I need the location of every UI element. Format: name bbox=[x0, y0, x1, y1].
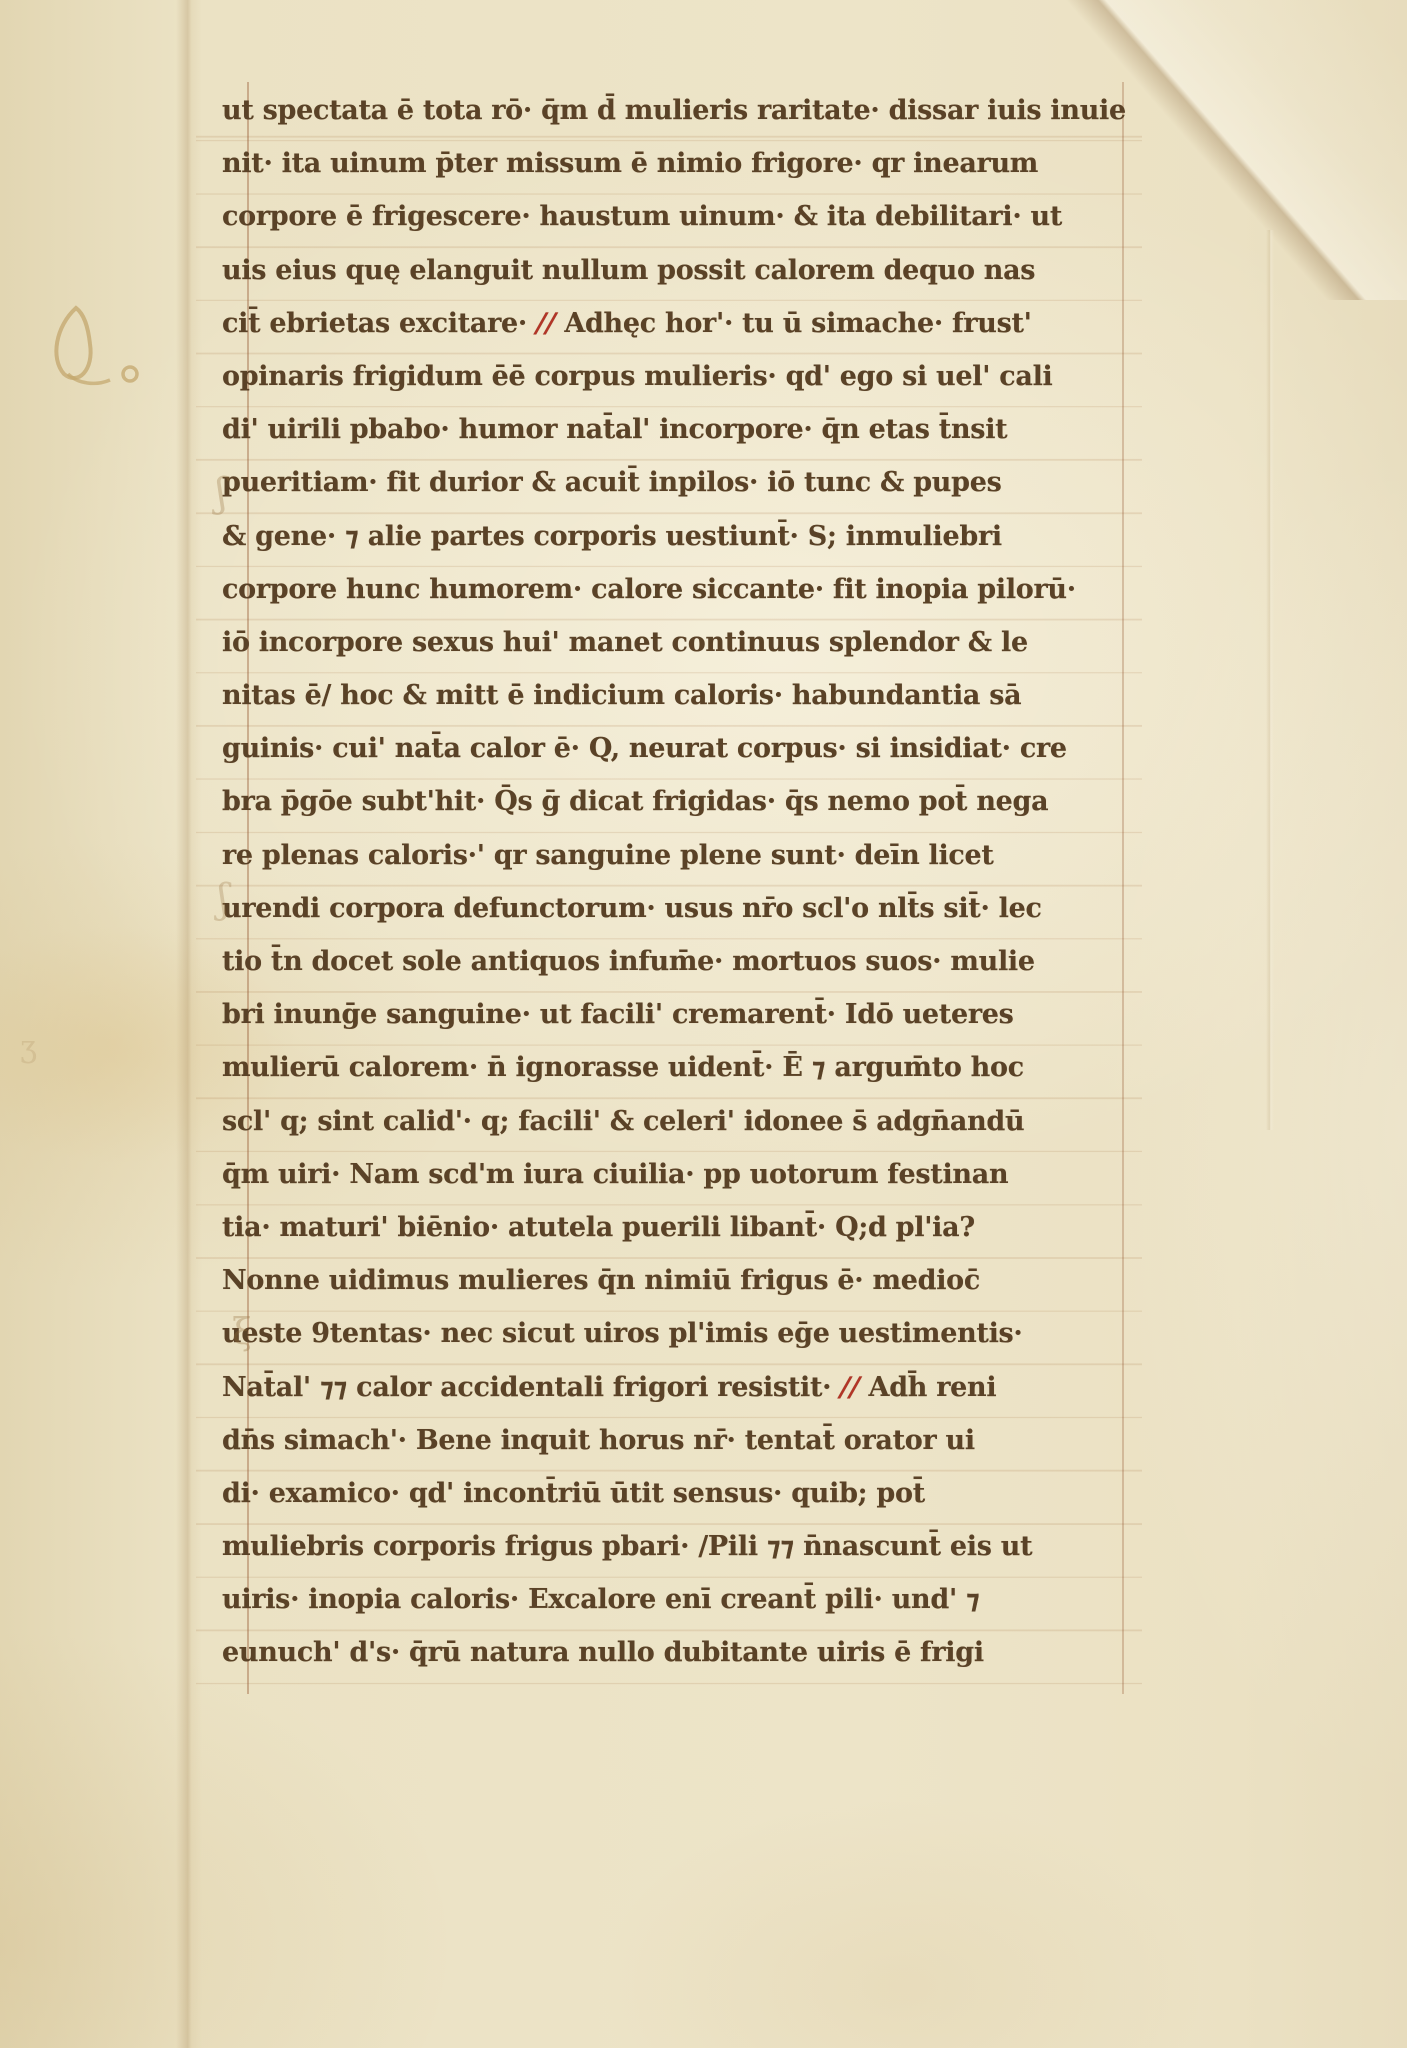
text-line: nitas ē/ hoc & mitt ē indicium caloris· … bbox=[222, 669, 1062, 722]
text-line: uiris· inopia caloris· Excalore enī crea… bbox=[222, 1573, 1062, 1626]
text-line: ueste 9tentas· nec sicut uiros pl'imis e… bbox=[222, 1307, 1062, 1360]
text-line: guinis· cui' nat̄a calor ē· Q, neurat co… bbox=[222, 722, 1062, 775]
text-segment: urendi corpora defunctorum· usus nr̄o sc… bbox=[222, 893, 1042, 924]
text-segment: nitas ē/ hoc & mitt ē indicium caloris· … bbox=[222, 680, 1021, 711]
margin-nota-leaf-mark bbox=[38, 296, 148, 406]
text-line: opinaris frigidum ēē corpus mulieris· qd… bbox=[222, 350, 1062, 403]
text-line: uis eius quę elanguit nullum possit calo… bbox=[222, 244, 1062, 297]
text-segment: ut spectata ē tota rō· q̄m d̄ mulieris r… bbox=[222, 95, 1126, 126]
text-segment: Adh̄ reni bbox=[859, 1372, 996, 1403]
margin-rule-right bbox=[1122, 82, 1124, 1694]
text-segment: uis eius quę elanguit nullum possit calo… bbox=[222, 255, 1035, 286]
text-line: q̄m uiri· Nam scd'm iura ciuilia· pp uot… bbox=[222, 1148, 1062, 1201]
text-line: re plenas caloris·' qr sanguine plene su… bbox=[222, 829, 1062, 882]
text-line: corpore hunc humorem· calore siccante· f… bbox=[222, 563, 1062, 616]
text-segment: tio t̄n docet sole antiquos infum̄e· mor… bbox=[222, 946, 1035, 977]
text-segment: Nat̄al' ⁊⁊ calor accidentali frigori res… bbox=[222, 1372, 840, 1403]
text-line: tia· maturi' biēnio· atutela puerili lib… bbox=[222, 1201, 1062, 1254]
text-line: corpore ē frigescere· haustum uinum· & i… bbox=[222, 190, 1062, 243]
text-segment: di· examico· qd' incont̄riū ūtit sensus·… bbox=[222, 1478, 925, 1509]
text-line: Nonne uidimus mulieres q̄n nimiū frigus … bbox=[222, 1254, 1062, 1307]
margin-faint-mark: ʒ bbox=[20, 1030, 37, 1065]
text-segment: ueste 9tentas· nec sicut uiros pl'imis e… bbox=[222, 1318, 1023, 1349]
text-line: tio t̄n docet sole antiquos infum̄e· mor… bbox=[222, 935, 1062, 988]
text-segment: q̄m uiri· Nam scd'm iura ciuilia· pp uot… bbox=[222, 1159, 1008, 1190]
text-line: mulierū calorem· n̄ ignorasse uident̄· Ē… bbox=[222, 1041, 1062, 1094]
text-segment: di' uirili pbabo· humor nat̄al' incorpor… bbox=[222, 414, 1007, 445]
text-segment: iō incorpore sexus hui' manet continuus … bbox=[222, 627, 1028, 658]
text-segment: tia· maturi' biēnio· atutela puerili lib… bbox=[222, 1212, 975, 1243]
text-segment: guinis· cui' nat̄a calor ē· Q, neurat co… bbox=[222, 733, 1067, 764]
text-line: pueritiam· fit durior & acuit̄ inpilos· … bbox=[222, 456, 1062, 509]
text-segment: Nonne uidimus mulieres q̄n nimiū frigus … bbox=[222, 1265, 980, 1296]
text-line: urendi corpora defunctorum· usus nr̄o sc… bbox=[222, 882, 1062, 935]
text-line: eunuch' d's· q̄rū natura nullo dubitante… bbox=[222, 1626, 1062, 1679]
text-line: di' uirili pbabo· humor nat̄al' incorpor… bbox=[222, 403, 1062, 456]
text-line: ut spectata ē tota rō· q̄m d̄ mulieris r… bbox=[222, 84, 1062, 137]
text-line: & gene· ⁊ alie partes corporis uestiunt̄… bbox=[222, 510, 1062, 563]
text-segment: bra p̄gōe subt'hit· Q̄s ḡ dicat frigidas… bbox=[222, 786, 1048, 817]
text-block: ut spectata ē tota rō· q̄m d̄ mulieris r… bbox=[222, 84, 1062, 1680]
margin-xi-mark: ξ bbox=[232, 1312, 252, 1353]
text-line: iō incorpore sexus hui' manet continuus … bbox=[222, 616, 1062, 669]
right-edge-crease bbox=[1266, 230, 1274, 1130]
text-segment: pueritiam· fit durior & acuit̄ inpilos· … bbox=[222, 467, 1001, 498]
text-line: cit̄ ebrietas excitare· // Adhęc hor'· t… bbox=[222, 297, 1062, 350]
text-line: nit· ita uinum p̄ter missum ē nimio frig… bbox=[222, 137, 1062, 190]
text-segment: muliebris corporis frigus pbari· /Pili ⁊… bbox=[222, 1531, 1032, 1562]
text-segment: mulierū calorem· n̄ ignorasse uident̄· Ē… bbox=[222, 1052, 1024, 1083]
text-line: dn̄s simach'· Bene inquit horus nr̄· ten… bbox=[222, 1414, 1062, 1467]
text-line: muliebris corporis frigus pbari· /Pili ⁊… bbox=[222, 1520, 1062, 1573]
text-segment: Adhęc hor'· tu ū simache· frust' bbox=[555, 308, 1031, 339]
text-segment: nit· ita uinum p̄ter missum ē nimio frig… bbox=[222, 148, 1038, 179]
text-segment: dn̄s simach'· Bene inquit horus nr̄· ten… bbox=[222, 1425, 975, 1456]
text-segment: opinaris frigidum ēē corpus mulieris· qd… bbox=[222, 361, 1053, 392]
text-segment: eunuch' d's· q̄rū natura nullo dubitante… bbox=[222, 1637, 984, 1668]
text-segment: corpore hunc humorem· calore siccante· f… bbox=[222, 574, 1076, 605]
margin-squiggle-mark: ʃ bbox=[216, 470, 227, 516]
manuscript-page: ut spectata ē tota rō· q̄m d̄ mulieris r… bbox=[0, 0, 1407, 2048]
text-line: bra p̄gōe subt'hit· Q̄s ḡ dicat frigidas… bbox=[222, 775, 1062, 828]
text-line: scl' q; sint calid'· q; facili' & celeri… bbox=[222, 1095, 1062, 1148]
text-segment: uiris· inopia caloris· Excalore enī crea… bbox=[222, 1584, 980, 1615]
text-segment: corpore ē frigescere· haustum uinum· & i… bbox=[222, 201, 1062, 232]
text-line: bri inunḡe sanguine· ut facili' cremaren… bbox=[222, 988, 1062, 1041]
text-segment: cit̄ ebrietas excitare· bbox=[222, 308, 536, 339]
margin-squiggle-mark: ʃ bbox=[218, 876, 229, 922]
text-line: Nat̄al' ⁊⁊ calor accidentali frigori res… bbox=[222, 1361, 1062, 1414]
text-segment: & gene· ⁊ alie partes corporis uestiunt̄… bbox=[222, 521, 1002, 552]
text-segment: scl' q; sint calid'· q; facili' & celeri… bbox=[222, 1106, 1024, 1137]
text-segment: bri inunḡe sanguine· ut facili' cremaren… bbox=[222, 999, 1014, 1030]
text-line: di· examico· qd' incont̄riū ūtit sensus·… bbox=[222, 1467, 1062, 1520]
text-segment: re plenas caloris·' qr sanguine plene su… bbox=[222, 840, 994, 871]
